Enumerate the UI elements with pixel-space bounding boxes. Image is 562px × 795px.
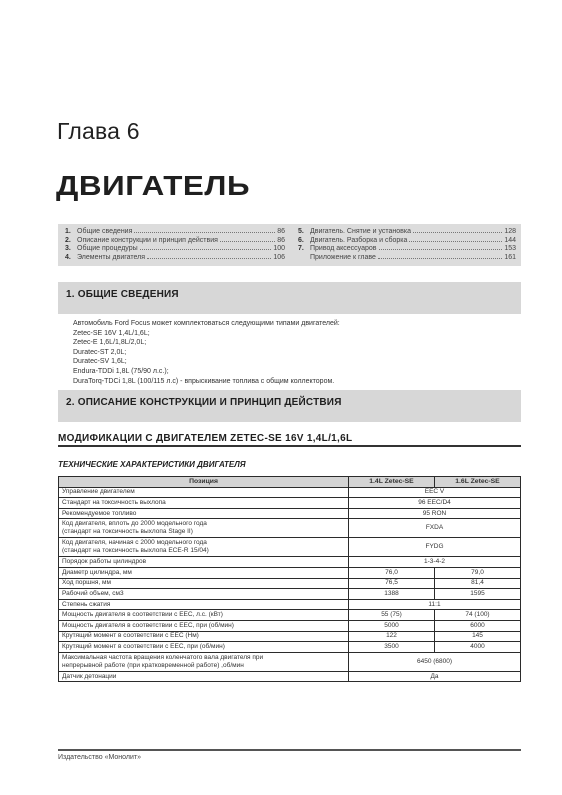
table-header-row: Позиция 1.4L Zetec-SE 1.6L Zetec-SE xyxy=(59,477,521,488)
spec-value-shared: FYDG xyxy=(349,538,521,557)
toc-entry-number: 1. xyxy=(65,228,77,237)
spec-position: Рабочий объем, см3 xyxy=(59,589,349,600)
intro-line: Zetec-E 1,6L/1,8L/2,0L; xyxy=(73,338,340,348)
intro-line: DuraTorq-TDCi 1,8L (100/115 л.с) - впрыс… xyxy=(73,377,340,387)
spec-value-1-4l: 55 (75) xyxy=(349,610,435,621)
toc-entry-page: 144 xyxy=(504,237,516,246)
intro-line: Zetec-SE 16V 1,4L/1,6L; xyxy=(73,329,340,339)
heading-rule xyxy=(58,445,521,447)
modification-heading: МОДИФИКАЦИИ С ДВИГАТЕЛЕМ ZETEC-SE 16V 1,… xyxy=(58,433,352,444)
column-header: Позиция xyxy=(59,477,349,488)
table-row: Крутящий момент в соответствии с ЕЕС, пр… xyxy=(59,642,521,653)
spec-position: Крутящий момент в соответствии с ЕЕС (Нм… xyxy=(59,631,349,642)
spec-position: Код двигателя, начиная с 2000 модельного… xyxy=(59,538,349,557)
intro-paragraph: Автомобиль Ford Focus может комплектоват… xyxy=(73,319,340,386)
toc-leader-dots xyxy=(134,232,275,233)
engine-specs-table: Позиция 1.4L Zetec-SE 1.6L Zetec-SE Упра… xyxy=(58,476,521,682)
intro-line: Duratec-ST 2,0L; xyxy=(73,348,340,358)
spec-position-line: Степень сжатия xyxy=(62,601,110,608)
column-header: 1.6L Zetec-SE xyxy=(435,477,521,488)
toc-leader-dots xyxy=(140,249,272,250)
column-header: 1.4L Zetec-SE xyxy=(349,477,435,488)
toc-entry-number: 3. xyxy=(65,245,77,254)
chapter-label: Глава 6 xyxy=(57,118,140,145)
toc-leader-dots xyxy=(378,258,502,259)
spec-value-1-6l: 145 xyxy=(435,631,521,642)
spec-position-line: Код двигателя, начиная с 2000 модельного… xyxy=(62,539,207,546)
spec-position: Мощность двигателя в соответствии с ЕЕС,… xyxy=(59,620,349,631)
section-header-construction: 2. ОПИСАНИЕ КОНСТРУКЦИИ И ПРИНЦИП ДЕЙСТВ… xyxy=(58,390,521,422)
spec-position: Код двигателя, вплоть до 2000 модельного… xyxy=(59,519,349,538)
toc-entry-page: 153 xyxy=(504,245,516,254)
table-row: Ход поршня, мм76,581,4 xyxy=(59,578,521,589)
toc-entry[interactable]: 4.Элементы двигателя106 xyxy=(65,254,285,263)
toc-entry[interactable]: 6.Двигатель. Разборка и сборка144 xyxy=(298,237,516,246)
spec-position-line: Рабочий объем, см3 xyxy=(62,590,124,597)
section-title: 2. ОПИСАНИЕ КОНСТРУКЦИИ И ПРИНЦИП ДЕЙСТВ… xyxy=(66,397,342,408)
toc-entry-label: Описание конструкции и принцип действия xyxy=(77,237,218,246)
spec-position-line: Крутящий момент в соответствии с ЕЕС (Нм… xyxy=(62,632,199,639)
footer-rule xyxy=(58,749,521,751)
toc-entry-label: Приложение к главе xyxy=(310,254,376,263)
spec-value-1-4l: 122 xyxy=(349,631,435,642)
toc-entry-page: 128 xyxy=(504,228,516,237)
spec-position: Степень сжатия xyxy=(59,599,349,610)
spec-position: Датчик детонации xyxy=(59,671,349,682)
table-row: Порядок работы цилиндров1-3-4-2 xyxy=(59,557,521,568)
toc-column-left: 1.Общие сведения862.Описание конструкции… xyxy=(65,228,285,262)
spec-position: Крутящий момент в соответствии с ЕЕС, пр… xyxy=(59,642,349,653)
toc-leader-dots xyxy=(409,241,502,242)
toc-entry-number: 2. xyxy=(65,237,77,246)
spec-position-line: Мощность двигателя в соответствии с ЕЕС,… xyxy=(62,611,223,618)
toc-entry-page: 161 xyxy=(504,254,516,263)
spec-value-shared: 11:1 xyxy=(349,599,521,610)
table-row: Крутящий момент в соответствии с ЕЕС (Нм… xyxy=(59,631,521,642)
spec-position: Порядок работы цилиндров xyxy=(59,557,349,568)
spec-position: Стандарт на токсичность выхлопа xyxy=(59,498,349,509)
toc-entry-label: Общие сведения xyxy=(77,228,132,237)
section-header-general: 1. ОБЩИЕ СВЕДЕНИЯ xyxy=(58,282,521,314)
toc-entry-label: Двигатель. Разборка и сборка xyxy=(310,237,407,246)
spec-position: Максимальная частота вращения коленчатог… xyxy=(59,652,349,671)
toc-entry-page: 86 xyxy=(277,237,285,246)
toc-entry-label: Двигатель. Снятие и установка xyxy=(310,228,411,237)
spec-value-shared: 1-3-4-2 xyxy=(349,557,521,568)
spec-value-1-4l: 76,0 xyxy=(349,567,435,578)
spec-position: Управление двигателем xyxy=(59,487,349,498)
table-row: Рекомендуемое топливо95 RON xyxy=(59,508,521,519)
spec-position: Мощность двигателя в соответствии с ЕЕС,… xyxy=(59,610,349,621)
section-title: 1. ОБЩИЕ СВЕДЕНИЯ xyxy=(66,289,179,300)
spec-position-line: Код двигателя, вплоть до 2000 модельного… xyxy=(62,520,207,527)
toc-entry-number: 7. xyxy=(298,245,310,254)
intro-line: Duratec-SV 1,6L; xyxy=(73,357,340,367)
toc-entry-page: 86 xyxy=(277,228,285,237)
table-row: Код двигателя, начиная с 2000 модельного… xyxy=(59,538,521,557)
table-row: Рабочий объем, см313881595 xyxy=(59,589,521,600)
publisher-footer: Издательство «Монолит» xyxy=(58,754,141,761)
toc-leader-dots xyxy=(379,249,503,250)
toc-column-right: 5.Двигатель. Снятие и установка1286.Двиг… xyxy=(298,228,516,262)
toc-entry[interactable]: 3.Общие процедуры100 xyxy=(65,245,285,254)
spec-value-1-6l: 6000 xyxy=(435,620,521,631)
toc-entry-label: Элементы двигателя xyxy=(77,254,145,263)
toc-entry-page: 100 xyxy=(273,245,285,254)
spec-position-line: Порядок работы цилиндров xyxy=(62,558,146,565)
toc-entry-label: Общие процедуры xyxy=(77,245,138,254)
spec-value-1-4l: 76,5 xyxy=(349,578,435,589)
spec-position-line: Датчик детонации xyxy=(62,673,116,680)
spec-heading: ТЕХНИЧЕСКИЕ ХАРАКТЕРИСТИКИ ДВИГАТЕЛЯ xyxy=(58,460,246,469)
table-row: Мощность двигателя в соответствии с ЕЕС,… xyxy=(59,620,521,631)
toc-entry-page: 106 xyxy=(273,254,285,263)
spec-position-line: Мощность двигателя в соответствии с ЕЕС,… xyxy=(62,622,234,629)
spec-value-shared: 95 RON xyxy=(349,508,521,519)
spec-position-line: Диаметр цилиндра, мм xyxy=(62,569,132,576)
toc-entry-label: Привод аксессуаров xyxy=(310,245,377,254)
toc-leader-dots xyxy=(220,241,275,242)
spec-value-shared: 6450 (6800) xyxy=(349,652,521,671)
spec-value-1-6l: 79,0 xyxy=(435,567,521,578)
spec-value-1-4l: 5000 xyxy=(349,620,435,631)
intro-line: Автомобиль Ford Focus может комплектоват… xyxy=(73,319,340,329)
spec-value-shared: EEC V xyxy=(349,487,521,498)
spec-position-line: Стандарт на токсичность выхлопа xyxy=(62,499,166,506)
toc-entry-number: 6. xyxy=(298,237,310,246)
table-row: Степень сжатия11:1 xyxy=(59,599,521,610)
table-row: Управление двигателемEEC V xyxy=(59,487,521,498)
toc-entry[interactable]: 1.Общие сведения86 xyxy=(65,228,285,237)
table-row: Код двигателя, вплоть до 2000 модельного… xyxy=(59,519,521,538)
spec-position: Диаметр цилиндра, мм xyxy=(59,567,349,578)
spec-value-shared: Да xyxy=(349,671,521,682)
toc-leader-dots xyxy=(413,232,502,233)
spec-position-line: Крутящий момент в соответствии с ЕЕС, пр… xyxy=(62,643,225,650)
toc-entry[interactable]: Приложение к главе161 xyxy=(298,254,516,263)
table-row: Мощность двигателя в соответствии с ЕЕС,… xyxy=(59,610,521,621)
toc-entry[interactable]: 7.Привод аксессуаров153 xyxy=(298,245,516,254)
spec-position-line: Максимальная частота вращения коленчатог… xyxy=(62,654,263,661)
toc-entry-number: 4. xyxy=(65,254,77,263)
toc-entry-number: 5. xyxy=(298,228,310,237)
spec-position-line: Управление двигателем xyxy=(62,488,135,495)
spec-value-shared: FXDA xyxy=(349,519,521,538)
toc-leader-dots xyxy=(147,258,271,259)
spec-position-line: непрерывной работе (при кратковременной … xyxy=(62,662,244,669)
table-row: Диаметр цилиндра, мм76,079,0 xyxy=(59,567,521,578)
spec-position-line: Ход поршня, мм xyxy=(62,579,111,586)
page-title: ДВИГАТЕЛЬ xyxy=(56,170,250,202)
toc-entry[interactable]: 2.Описание конструкции и принцип действи… xyxy=(65,237,285,246)
spec-value-1-6l: 74 (100) xyxy=(435,610,521,621)
spec-value-1-6l: 4000 xyxy=(435,642,521,653)
spec-position-line: Рекомендуемое топливо xyxy=(62,510,136,517)
spec-value-shared: 96 EEC/D4 xyxy=(349,498,521,509)
spec-value-1-6l: 1595 xyxy=(435,589,521,600)
spec-position: Рекомендуемое топливо xyxy=(59,508,349,519)
spec-position-line: (стандарт на токсичность выхлопа ECE-R 1… xyxy=(62,547,209,554)
spec-position: Ход поршня, мм xyxy=(59,578,349,589)
table-of-contents: 1.Общие сведения862.Описание конструкции… xyxy=(58,224,521,266)
table-row: Датчик детонацииДа xyxy=(59,671,521,682)
intro-line: Endura-TDDi 1,8L (75/90 л.с.); xyxy=(73,367,340,377)
table-row: Стандарт на токсичность выхлопа96 EEC/D4 xyxy=(59,498,521,509)
spec-value-1-6l: 81,4 xyxy=(435,578,521,589)
spec-value-1-4l: 3500 xyxy=(349,642,435,653)
toc-entry[interactable]: 5.Двигатель. Снятие и установка128 xyxy=(298,228,516,237)
spec-position-line: (стандарт на токсичность выхлопа Stage I… xyxy=(62,528,193,535)
spec-value-1-4l: 1388 xyxy=(349,589,435,600)
table-row: Максимальная частота вращения коленчатог… xyxy=(59,652,521,671)
